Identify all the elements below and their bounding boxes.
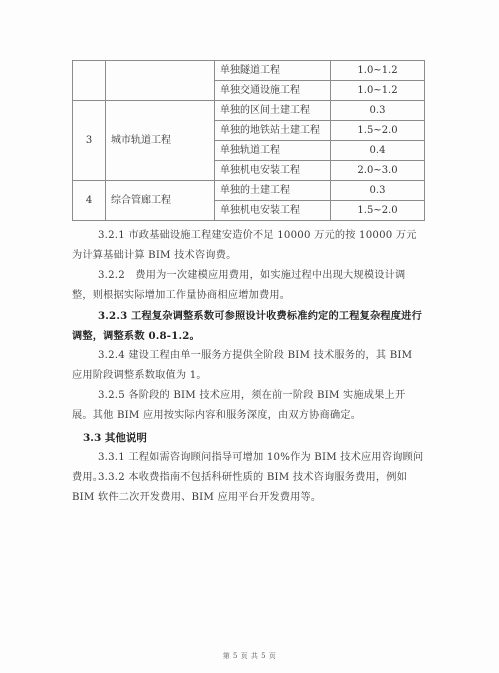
table-cell-item: 单独交通设施工程 xyxy=(215,81,331,101)
table-cell-item: 单独的区间土建工程 xyxy=(215,101,331,121)
table-cell-coefficient: 0.3 xyxy=(331,181,425,201)
table-cell-coefficient: 1.0~1.2 xyxy=(331,61,425,81)
table-row: 3 城市轨道工程 单独的区间土建工程 0.3 xyxy=(73,101,425,121)
paragraph-3-2-2: 3.2.2 费用为一次建模应用费用，如实施过程中出现大规模设计调整，则根据实际增… xyxy=(72,266,424,306)
coefficient-table: 单独隧道工程 1.0~1.2 单独交通设施工程 1.0~1.2 3 城市轨道工程… xyxy=(72,60,425,221)
document-page: 单独隧道工程 1.0~1.2 单独交通设施工程 1.0~1.2 3 城市轨道工程… xyxy=(0,0,499,673)
table-cell-item: 单独的土建工程 xyxy=(215,181,331,201)
table-cell-no: 3 xyxy=(73,101,106,181)
table-cell-item: 单独机电安装工程 xyxy=(215,201,331,221)
table-cell-item: 单独的地铁站土建工程 xyxy=(215,121,331,141)
table-cell-item: 单独轨道工程 xyxy=(215,141,331,161)
table-row: 单独隧道工程 1.0~1.2 xyxy=(73,61,425,81)
paragraph-3-2-4: 3.2.4 建设工程由单一服务方提供全阶段 BIM 技术服务的，其 BIM 应用… xyxy=(72,346,424,386)
section-heading-3-3: 3.3 其他说明 xyxy=(83,430,147,445)
table-cell-category: 综合管廊工程 xyxy=(106,181,215,221)
page-footer: 第 5 页 共 5 页 xyxy=(0,651,499,661)
table-row: 4 综合管廊工程 单独的土建工程 0.3 xyxy=(73,181,425,201)
table-cell-item: 单独隧道工程 xyxy=(215,61,331,81)
table-cell-coefficient: 1.5~2.0 xyxy=(331,201,425,221)
paragraph-3-2-3: 3.2.3 工程复杂调整系数可参照设计收费标准约定的工程复杂程度进行调整，调整系… xyxy=(72,306,424,346)
table-cell-category xyxy=(106,61,215,101)
table-cell-no: 4 xyxy=(73,181,106,221)
table-cell-category: 城市轨道工程 xyxy=(106,101,215,181)
table-cell-coefficient: 2.0~3.0 xyxy=(331,161,425,181)
table-cell-coefficient: 0.4 xyxy=(331,141,425,161)
table-cell-item: 单独机电安装工程 xyxy=(215,161,331,181)
table-cell-coefficient: 1.0~1.2 xyxy=(331,81,425,101)
paragraph-3-2-1: 3.2.1 市政基础设施工程建安造价不足 10000 万元的按 10000 万元… xyxy=(72,226,424,266)
paragraph-3-3-2: 3.3.2 本收费指南不包括科研性质的 BIM 技术咨询服务费用，例如 BIM … xyxy=(72,468,424,508)
paragraph-3-2-5: 3.2.5 各阶段的 BIM 技术应用，须在前一阶段 BIM 实施成果上开展。其… xyxy=(72,386,424,426)
table-cell-coefficient: 1.5~2.0 xyxy=(331,121,425,141)
table-cell-no xyxy=(73,61,106,101)
table-cell-coefficient: 0.3 xyxy=(331,101,425,121)
